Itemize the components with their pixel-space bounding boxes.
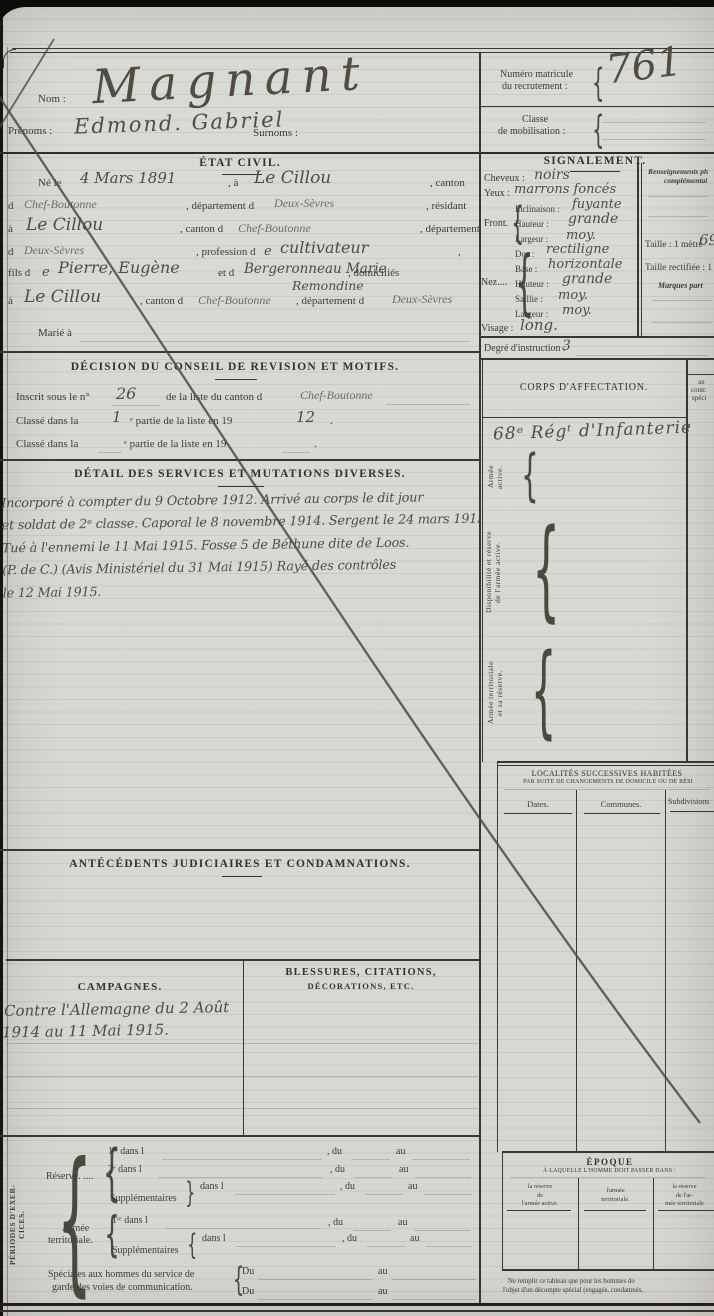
diagonal-strike-line (0, 95, 700, 1123)
strike-overlay (0, 7, 714, 1316)
diagonal-strike-line-short (0, 39, 54, 133)
paper-sheet: Nom : Magnant Prénoms : Edmond. Gabriel … (0, 7, 714, 1316)
scanned-military-record-page: Nom : Magnant Prénoms : Edmond. Gabriel … (0, 0, 714, 1316)
